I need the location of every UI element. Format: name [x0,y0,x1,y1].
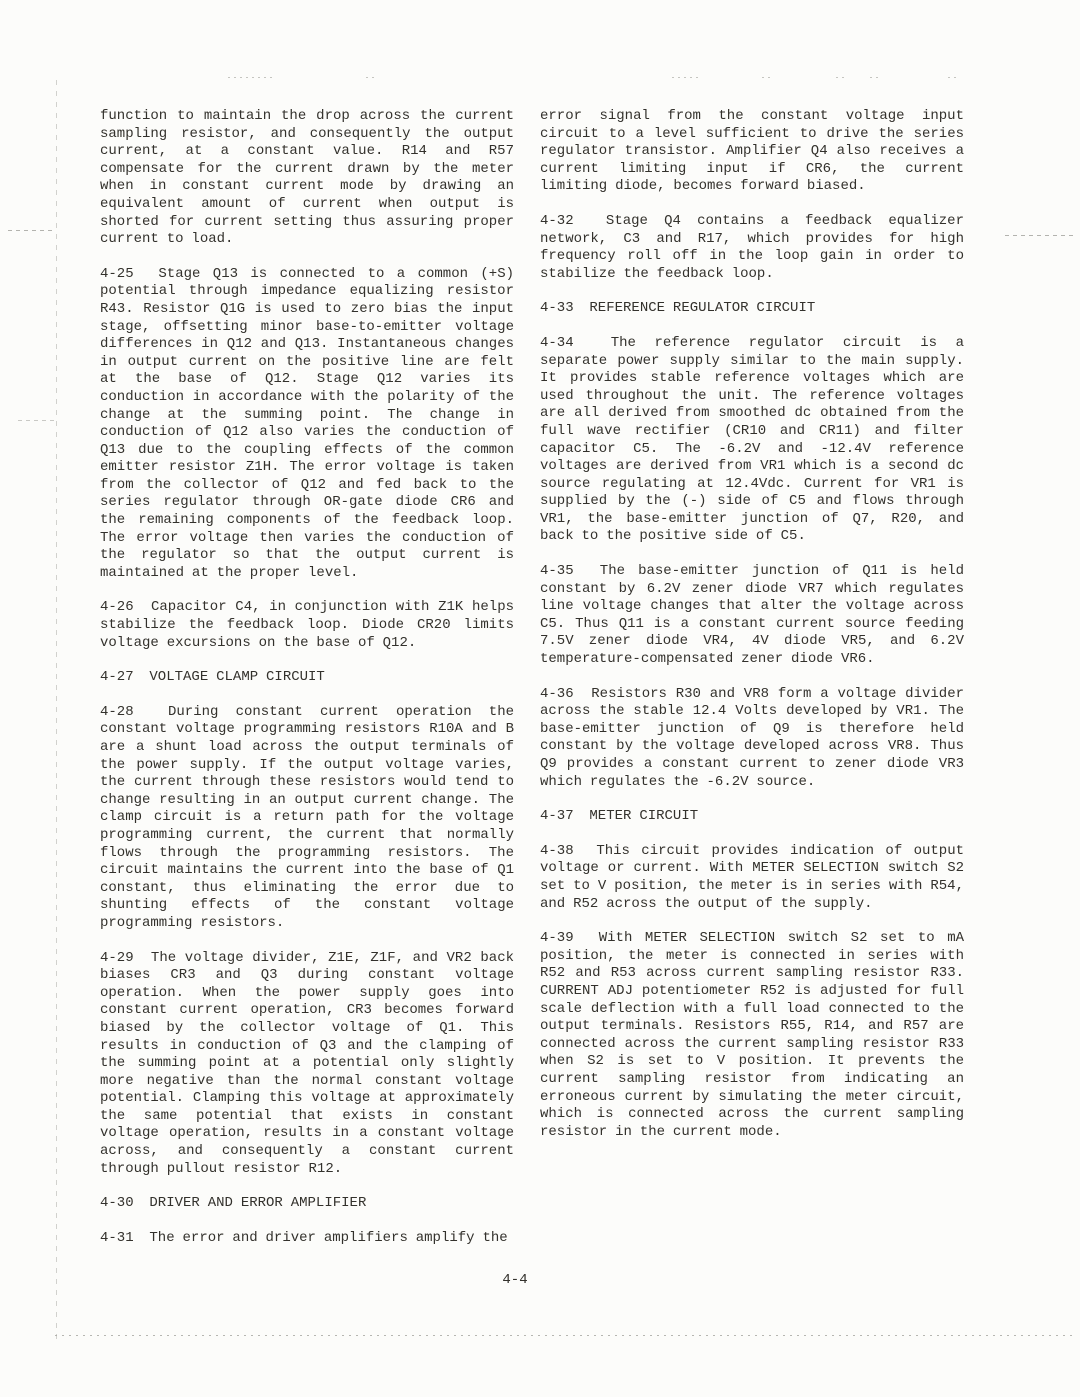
scan-artifact-dash [18,420,56,421]
paragraph-4-38: 4-38 This circuit provides indication of… [540,843,964,913]
paragraph-4-36: 4-36 Resistors R30 and VR8 form a voltag… [540,686,964,792]
scan-artifact-specks [948,77,956,78]
scan-artifact-specks [870,77,878,78]
scan-artifact-specks [366,77,374,78]
paragraph-4-29: 4-29 The voltage divider, Z1E, Z1F, and … [100,950,514,1179]
scan-artifact-specks [762,77,770,78]
section-heading-4-27: 4-27 VOLTAGE CLAMP CIRCUIT [100,669,514,687]
scan-artifact-specks [672,77,702,78]
paragraph-4-34: 4-34 The reference regulator circuit is … [540,335,964,546]
scan-artifact-bottom-dots [55,1335,1075,1336]
paragraph-continuation-right: error signal from the constant voltage i… [540,108,964,196]
paragraph-4-35: 4-35 The base-emitter junction of Q11 is… [540,563,964,669]
section-heading-4-33: 4-33 REFERENCE REGULATOR CIRCUIT [540,300,964,318]
section-heading-4-30: 4-30 DRIVER AND ERROR AMPLIFIER [100,1195,514,1213]
manual-page: function to maintain the drop across the… [0,0,1080,1397]
section-heading-4-37: 4-37 METER CIRCUIT [540,808,964,826]
paragraph-4-39: 4-39 With METER SELECTION switch S2 set … [540,930,964,1141]
scan-artifact-specks [836,77,844,78]
paragraph-4-28: 4-28 During constant current operation t… [100,704,514,933]
paragraph-4-25: 4-25 Stage Q13 is connected to a common … [100,266,514,583]
right-column: error signal from the constant voltage i… [540,108,964,1158]
scan-artifact-dash [8,230,56,231]
page-number: 4-4 [460,1272,570,1288]
paragraph-4-31: 4-31 The error and driver amplifiers amp… [100,1230,514,1248]
paragraph-4-32: 4-32 Stage Q4 contains a feedback equali… [540,213,964,283]
scan-artifact-specks [228,77,272,78]
scan-artifact-vertical-line [56,80,57,1342]
paragraph-4-26: 4-26 Capacitor C4, in conjunction with Z… [100,599,514,652]
scan-artifact-dash [1005,235,1073,236]
paragraph-continuation: function to maintain the drop across the… [100,108,514,249]
left-column: function to maintain the drop across the… [100,108,514,1264]
